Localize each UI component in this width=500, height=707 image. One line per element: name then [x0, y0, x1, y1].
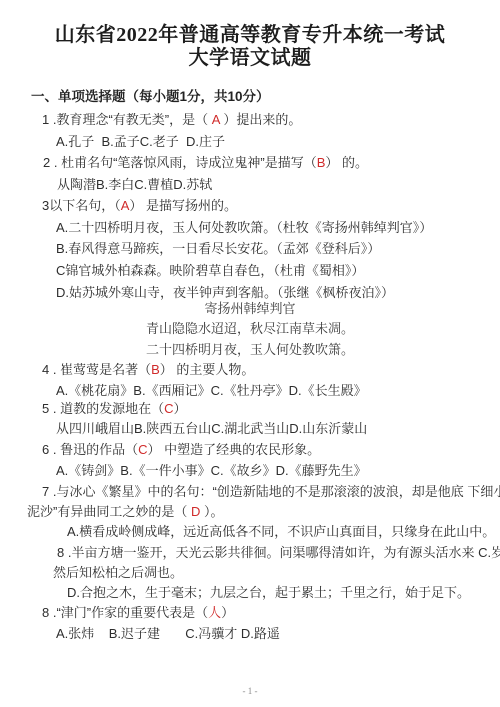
question-7-option-a: A.横看成岭侧成峰，远近高低各不同，不识庐山真面目，只缘身在此山中。 [67, 523, 495, 540]
question-8b: 8 .“津门”作家的重要代表是（人） [42, 604, 234, 621]
question-3-text: 3以下名句，（ [42, 198, 121, 213]
exam-title: 山东省2022年普通高等教育专升本统一考试 大学语文试题 [0, 24, 500, 70]
page-number: - 1 - [0, 683, 500, 700]
question-7-line-1: 7 .与冰心《繁星》中的名句：“创造新陆地的不是那滚滚的波浪，却是他底 下细小的 [42, 483, 500, 500]
question-3-option-a: A.二十四桥明月夜，玉人何处教吹箫。（杜牧《寄扬州韩绰判官》） [56, 219, 432, 236]
question-3-tail: ） 是描写扬州的。 [129, 198, 237, 213]
question-5-text: 5 . 道教的发源地在（ [42, 401, 164, 416]
exam-title-line1: 山东省2022年普通高等教育专升本统一考试 [0, 24, 500, 47]
question-8b-tail: ） [221, 605, 234, 620]
question-8b-text: 8 .“津门”作家的重要代表是（ [42, 605, 208, 620]
answer-mark: A [212, 112, 220, 127]
question-4-text: 4 . 崔莺莺是名著（ [42, 362, 151, 377]
question-7-text: 泥沙”有异曲同工之妙的是（ [27, 504, 191, 519]
question-2-tail: ） 的。 [325, 155, 368, 170]
question-2: 2 . 杜甫名句“笔落惊风雨，诗成泣鬼神”是描写（B） 的。 [43, 154, 368, 171]
question-4-options: A.《桃花扇》B.《西厢记》C.《牡丹亭》D.《长生殿》 [56, 382, 367, 399]
question-1-text: 1 .教育理念“有教无类”，是（ [42, 112, 212, 127]
question-6-tail: ） 中塑造了经典的农民形象。 [147, 442, 320, 457]
poem-line-1: 青山隐隐水迢迢，秋尽江南草未凋。 [0, 320, 500, 337]
question-5: 5 . 道教的发源地在（C） [42, 400, 186, 417]
question-5-options: 从四川峨眉山B.陕西五台山C.湖北武当山D.山东沂蒙山 [56, 420, 367, 437]
answer-mark: D [191, 504, 200, 519]
question-2-options: 从陶潜B.李白C.曹植D.苏轼 [57, 176, 212, 193]
question-3: 3以下名句，（A） 是描写扬州的。 [42, 197, 237, 214]
question-3-option-b: B.春风得意马蹄疾，一日看尽长安花。（孟郊《登科后》） [56, 240, 380, 257]
question-3-option-c: C锦官城外柏森森。映阶碧草自春色，（杜甫《蜀相》） [56, 262, 364, 279]
question-1: 1 .教育理念“有教无类”，是（ A ）提出来的。 [42, 111, 301, 128]
answer-mark: B [151, 362, 160, 377]
question-8b-options: A.张炜 B.迟子建 C.冯骥才 D.路遥 [56, 625, 280, 642]
question-6: 6 . 鲁迅的作品（C） 中塑造了经典的农民形象。 [42, 441, 320, 458]
question-4: 4 . 崔莺莺是名著（B） 的主要人物。 [42, 361, 254, 378]
poem-line-2: 二十四桥明月夜，玉人何处教吹箫。 [0, 341, 500, 358]
question-8-option-d: D.合抱之木，生于毫末；九层之台，起于累土；千里之行，始于足下。 [67, 584, 470, 601]
question-6-text: 6 . 鲁迅的作品（ [42, 442, 138, 457]
poem-title: 寄扬州韩绰判官 [0, 300, 500, 317]
question-6-options: A.《铸剑》B.《一件小事》C.《故乡》D.《藤野先生》 [56, 462, 367, 479]
question-2-text: 2 . 杜甫名句“笔落惊风雨，诗成泣鬼神”是描写（ [43, 155, 317, 170]
question-8-line-1: 8 .半亩方塘一鉴开，天光云影共徘徊。问渠哪得清如许，为有源头活水来 C.岁寒， [57, 544, 500, 561]
question-1-options: A.孔子 B.孟子C.老子 D.庄子 [56, 133, 225, 150]
question-5-tail: ） [173, 401, 186, 416]
question-8-line-2: 然后知松柏之后凋也。 [53, 564, 183, 581]
answer-mark: 人 [208, 605, 221, 620]
section-heading: 一、单项选择题（每小题1分，共10分） [31, 88, 270, 105]
question-1-tail: ）提出来的。 [220, 112, 302, 127]
question-4-tail: ） 的主要人物。 [160, 362, 255, 377]
question-3-option-d: D.姑苏城外寒山寺，夜半钟声到客船。（张继《枫桥夜泊》） [56, 284, 394, 301]
question-7-line-2: 泥沙”有异曲同工之妙的是（ D ）。 [27, 503, 223, 520]
question-7-tail: ）。 [200, 504, 223, 519]
exam-title-line2: 大学语文试题 [0, 47, 500, 70]
